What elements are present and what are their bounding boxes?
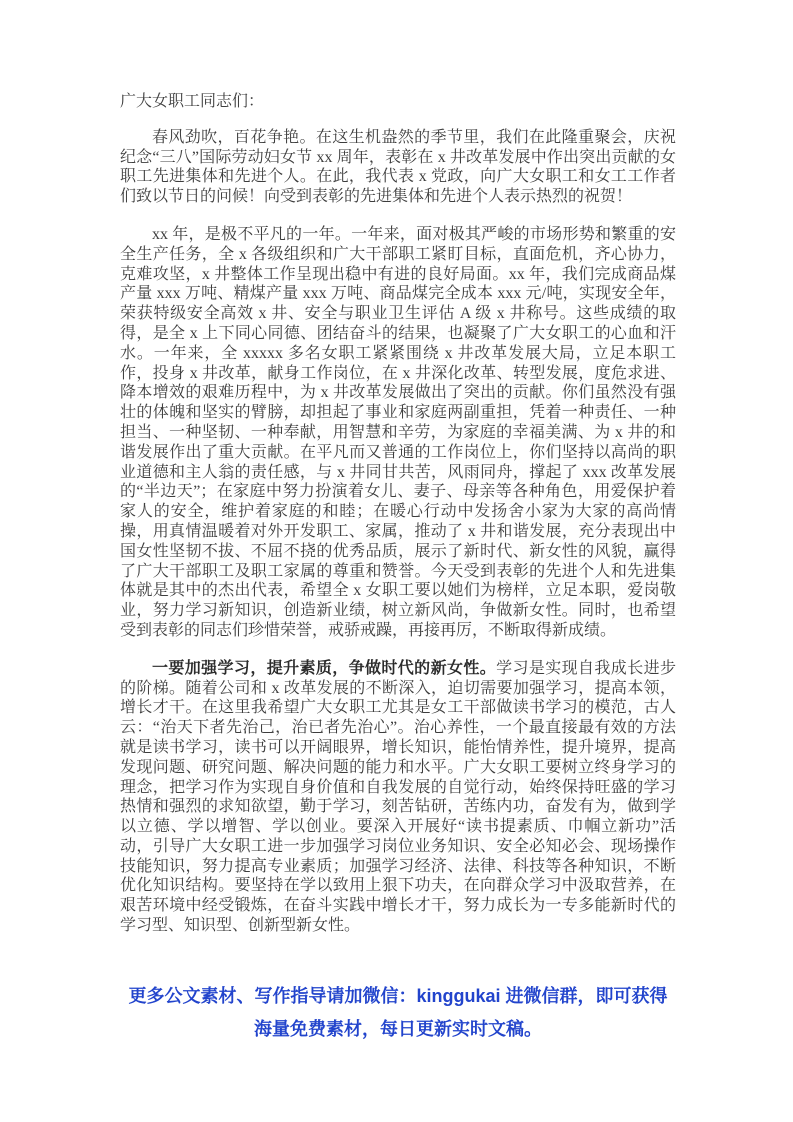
salutation-text: 广大女职工同志们： bbox=[120, 93, 264, 110]
paragraph-year-review: xx 年，是极不平凡的一年。一年来，面对极其严峻的市场形势和繁重的安全生产任务，… bbox=[120, 225, 676, 641]
paragraph-opening-greeting-text: 春风劲吹，百花争艳。在这生机盎然的季节里，我们在此隆重聚会，庆祝纪念“三八”国际… bbox=[120, 129, 676, 205]
document-page: 广大女职工同志们： 春风劲吹，百花争艳。在这生机盎然的季节里，我们在此隆重聚会，… bbox=[0, 0, 793, 1122]
document-body: 广大女职工同志们： 春风劲吹，百花争艳。在这生机盎然的季节里，我们在此隆重聚会，… bbox=[120, 92, 676, 1046]
promo-footer-notice-text: 更多公文素材、写作指导请加微信：kinggukai 进微信群，即可获得海量免费素… bbox=[128, 986, 667, 1039]
salutation-line: 广大女职工同志们： bbox=[120, 92, 676, 112]
paragraph-opening-greeting: 春风劲吹，百花争艳。在这生机盎然的季节里，我们在此隆重聚会，庆祝纪念“三八”国际… bbox=[120, 128, 676, 207]
paragraph-year-review-text: xx 年，是极不平凡的一年。一年来，面对极其严峻的市场形势和繁重的安全生产任务，… bbox=[120, 226, 676, 639]
paragraph-first-point-text: 学习是实现自我成长进步的阶梯。随着公司和 x 改革发展的不断深入，迫切需要加强学… bbox=[120, 660, 676, 934]
promo-footer-notice: 更多公文素材、写作指导请加微信：kinggukai 进微信群，即可获得海量免费素… bbox=[120, 980, 676, 1046]
paragraph-first-point-bold-lead: 一要加强学习，提升素质，争做时代的新女性。 bbox=[152, 660, 496, 677]
paragraph-first-point: 一要加强学习，提升素质，争做时代的新女性。学习是实现自我成长进步的阶梯。随着公司… bbox=[120, 659, 676, 936]
